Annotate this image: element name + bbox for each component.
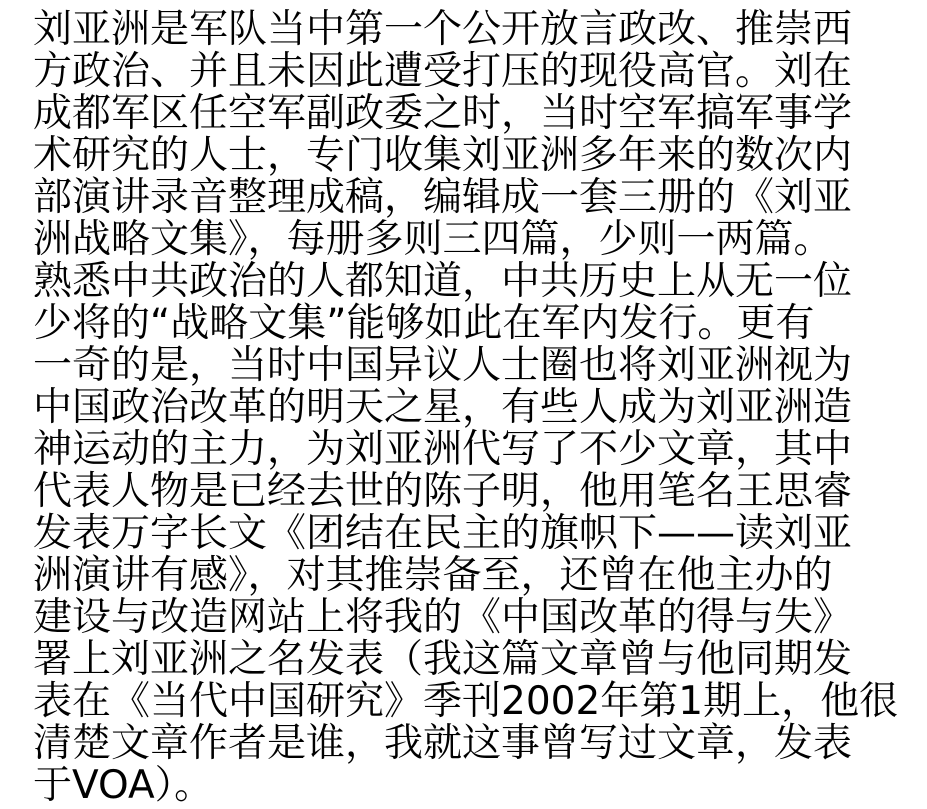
text-line: 代表人物是已经去世的陈子明，他用笔名王思睿 [33, 471, 907, 513]
text-line: 洲演讲有感》，对其推崇备至，还曾在他主办的 [33, 555, 907, 597]
text-line: 成都军区任空军副政委之时，当时空军搞军事学 [33, 93, 907, 135]
text-line: 熟悉中共政治的人都知道，中共历史上从无一位 [33, 261, 907, 303]
text-line: 表在《当代中国研究》季刊2002年第1期上，他很 [33, 681, 907, 723]
text-line: 清楚文章作者是谁，我就这事曾写过文章，发表 [33, 723, 907, 765]
document-page: 刘亚洲是军队当中第一个公开放言政改、推崇西 方政治、并且未因此遭受打压的现役高官… [0, 0, 927, 809]
article-text-block: 刘亚洲是军队当中第一个公开放言政改、推崇西 方政治、并且未因此遭受打压的现役高官… [33, 9, 907, 807]
text-line: 中国政治改革的明天之星，有些人成为刘亚洲造 [33, 387, 907, 429]
text-line: 神运动的主力，为刘亚洲代写了不少文章，其中 [33, 429, 907, 471]
text-line: 建设与改造网站上将我的《中国改革的得与失》 [33, 597, 907, 639]
text-line: 方政治、并且未因此遭受打压的现役高官。刘在 [33, 51, 907, 93]
text-line: 署上刘亚洲之名发表（我这篇文章曾与他同期发 [33, 639, 907, 681]
text-line: 少将的“战略文集”能够如此在军内发行。更有 [33, 303, 907, 345]
text-line: 一奇的是，当时中国异议人士圈也将刘亚洲视为 [33, 345, 907, 387]
text-line: 洲战略文集》，每册多则三四篇，少则一两篇。 [33, 219, 907, 261]
text-line: 部演讲录音整理成稿，编辑成一套三册的《刘亚 [33, 177, 907, 219]
text-line: 刘亚洲是军队当中第一个公开放言政改、推崇西 [33, 9, 907, 51]
text-line: 于VOA）。 [33, 765, 907, 807]
text-line: 术研究的人士，专门收集刘亚洲多年来的数次内 [33, 135, 907, 177]
text-line: 发表万字长文《团结在民主的旗帜下——读刘亚 [33, 513, 907, 555]
